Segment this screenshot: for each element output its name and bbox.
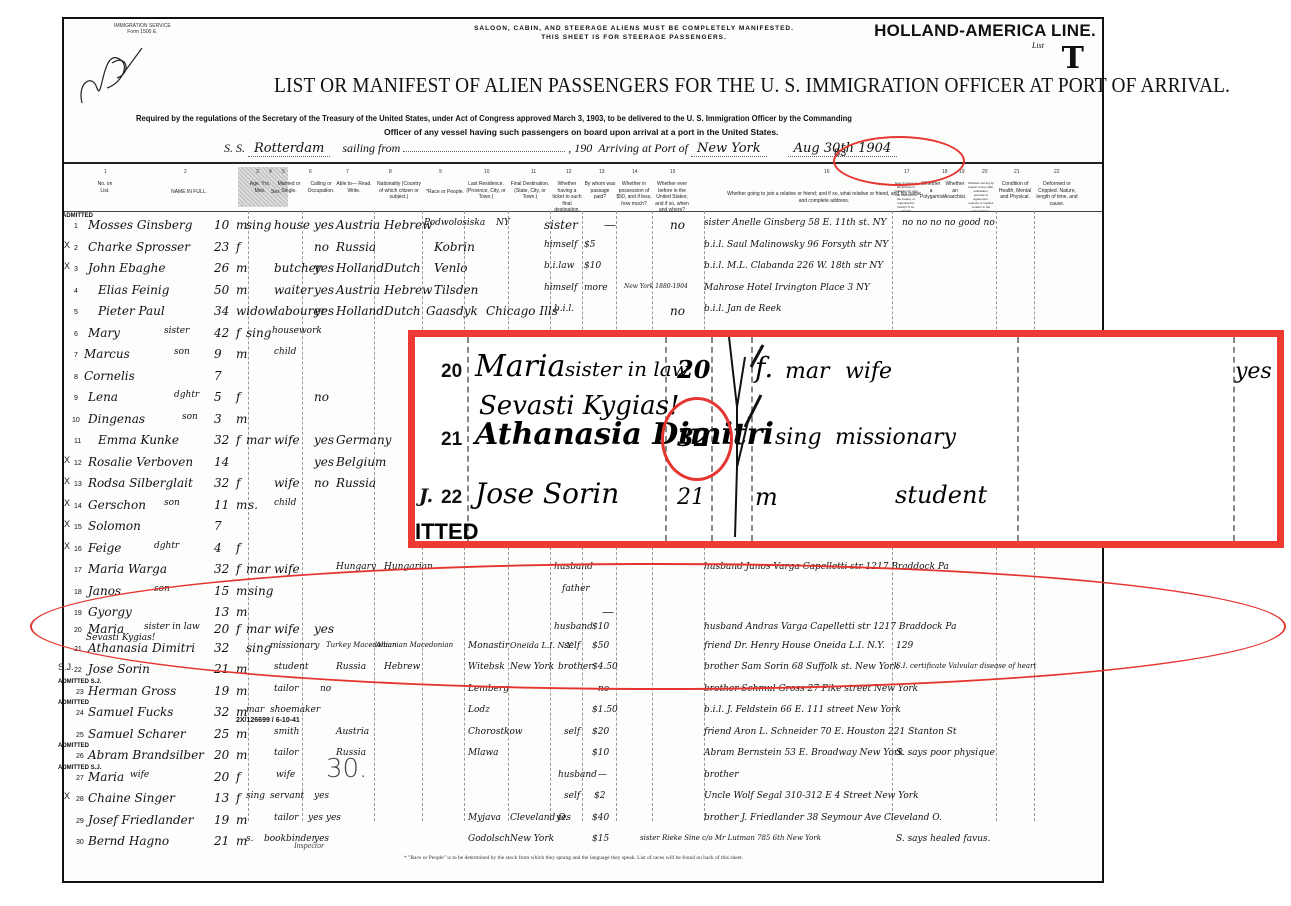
age: 13: [214, 791, 229, 805]
col-num: 6: [309, 169, 312, 175]
relative-address: b.i.l. Jan de Reek: [704, 304, 781, 314]
read-write: yes: [314, 791, 329, 801]
occupation: house: [274, 218, 310, 232]
inset-name: Jose Sorin: [475, 477, 619, 510]
col-header-before-in-us: Whether ever before in the United States…: [652, 181, 692, 214]
last-residence: Venlo: [434, 261, 467, 275]
occupation: tailor: [274, 748, 298, 758]
passenger-name: Feige: [88, 541, 121, 555]
age: 19: [214, 813, 229, 827]
last-residence: Podwolosiska: [424, 218, 485, 228]
passenger-name: Samuel Fucks: [88, 705, 173, 719]
passenger-name: Rosalie Verboven: [88, 455, 193, 469]
passenger-name: Bernd Hagno: [88, 834, 169, 848]
nationality: Holland: [336, 261, 384, 275]
sex: f: [236, 791, 240, 805]
age: 23: [214, 240, 229, 254]
status-mark: S.J.: [58, 662, 74, 672]
row-number: 23: [76, 689, 84, 696]
sex: f: [236, 326, 240, 340]
inset-read-write: yes: [1235, 359, 1272, 384]
age: 20: [214, 770, 229, 784]
sex: m: [236, 498, 247, 512]
col-header-no: No. on List.: [94, 181, 116, 194]
col-header-nationality: Nationality (Country of which citizen or…: [376, 181, 422, 201]
passenger-name: Rodsa Silberglait: [88, 476, 193, 490]
read-write: no: [314, 240, 329, 254]
x-mark: X: [64, 261, 70, 271]
table-row: ADMITTED 24 Samuel Fucks 32 m mar shoema…: [64, 703, 1102, 725]
col-header-ticket: Whether having a ticket to such final de…: [552, 181, 582, 214]
passenger-name: Mary: [88, 326, 120, 340]
nationality: Russia: [336, 240, 376, 254]
age: 26: [214, 261, 229, 275]
passenger-name: Maria: [88, 770, 124, 784]
sex: m: [236, 347, 247, 361]
marital-status: s.: [248, 498, 258, 512]
col-num: 5: [282, 169, 285, 175]
age: 19: [214, 684, 229, 698]
row-number: 6: [74, 331, 78, 338]
last-residence: Kobrin: [434, 240, 475, 254]
handwritten-initials-mark: [72, 43, 152, 113]
passenger-name: Dingenas: [88, 412, 145, 426]
sex: m: [236, 684, 247, 698]
row-number: 8: [74, 374, 78, 381]
x-mark: X: [64, 240, 70, 250]
passenger-name: Abram Brandsilber: [88, 748, 204, 762]
row-number: 14: [74, 503, 82, 510]
inset-row-number: 20: [441, 361, 462, 383]
nationality: Austria: [336, 283, 380, 297]
final-destination: Chicago Ills: [486, 304, 558, 318]
col-header-race: *Race or People.: [424, 189, 466, 196]
row-number: 29: [76, 818, 84, 825]
row-number: 4: [74, 288, 78, 295]
money: $15: [592, 834, 609, 844]
money: $10: [584, 261, 601, 271]
table-row: ADMITTED 26 Abram Brandsilber 20 m tailo…: [64, 746, 1102, 768]
x-mark: X: [64, 791, 70, 801]
occupation: child: [274, 347, 296, 357]
inset-column-rule: [1017, 337, 1019, 541]
top-notice: SALOON, CABIN, AND STEERAGE ALIENS MUST …: [434, 24, 834, 42]
inset-marital-status: mar: [785, 359, 830, 384]
col-header-occupation: Calling or Occupation.: [304, 181, 338, 194]
col-num: 4: [269, 169, 272, 175]
age: 11: [214, 498, 229, 512]
age: 32: [214, 433, 229, 447]
inset-row-number: 21: [441, 429, 462, 451]
sex: m: [236, 813, 247, 827]
read-write: yes: [314, 433, 334, 447]
marital-status: mar: [246, 433, 270, 447]
inset-occupation: missionary: [835, 425, 956, 450]
row-number: 30: [76, 839, 84, 846]
marital-status: widow: [236, 304, 275, 318]
col-num: 15: [670, 169, 676, 175]
col-num: 12: [566, 169, 572, 175]
arriving-label: Arriving at Port of: [598, 141, 688, 155]
relation: sister: [164, 326, 189, 336]
relation: dghtr: [174, 390, 199, 400]
nationality: Germany: [336, 433, 391, 447]
row-number: 12: [74, 460, 82, 467]
occupation: wife: [274, 476, 300, 490]
relation: son: [174, 347, 190, 357]
sex: f: [236, 562, 240, 576]
table-row: X 3 John Ebaghe 26 m butcher yes Holland…: [64, 259, 1102, 281]
marital-status: mar: [246, 705, 264, 715]
col-num: 8: [389, 169, 392, 175]
passenger-name: Josef Friedlander: [88, 813, 193, 827]
rows-highlight-ellipse: [30, 563, 1286, 690]
passage-paid-by: himself: [544, 283, 577, 293]
page-title: LIST OR MANIFEST OF ALIEN PASSENGERS FOR…: [274, 73, 1230, 98]
passenger-name: Chaine Singer: [88, 791, 175, 805]
inset-row-mark: J.: [419, 485, 433, 507]
relative-address: brother J. Friedlander 38 Seymour Ave Cl…: [704, 813, 942, 823]
passenger-name: Samuel Scharer: [88, 727, 186, 741]
money: $40: [592, 813, 609, 823]
nationality: Austria: [336, 218, 380, 232]
ship-name: Rotterdam: [248, 141, 330, 157]
nationality: Belgium: [336, 455, 386, 469]
zoom-inset: 20 Maria sister in law 20 f. mar wife ye…: [408, 330, 1284, 548]
occupation: shoemaker: [270, 705, 320, 715]
notice-line: SALOON, CABIN, AND STEERAGE ALIENS MUST …: [434, 24, 834, 33]
final-destination: New York: [510, 834, 554, 844]
sailing-from-label: sailing from: [342, 141, 400, 155]
row-number: 25: [76, 732, 84, 739]
table-row: X 2 Charke Sprosser 23 f no Russia Kobri…: [64, 238, 1102, 260]
sex: f: [236, 476, 240, 490]
status-stamp: ADMITTED: [58, 743, 89, 749]
regulation-text: Required by the regulations of the Secre…: [136, 113, 852, 123]
table-row: X 28 Chaine Singer 13 f sing servant yes…: [64, 789, 1102, 811]
sex: f: [236, 433, 240, 447]
read-write: no: [314, 476, 329, 490]
row-number: 26: [76, 753, 84, 760]
sailing-from-value: [403, 151, 565, 152]
col-header-married: Married or Single.: [276, 181, 302, 194]
form-id: IMMIGRATION SERVICE Form 1500 E.: [114, 23, 171, 35]
row-number: 15: [74, 524, 82, 531]
previous-visit: New York 1880-1904: [624, 283, 688, 290]
row-number: 17: [74, 567, 82, 574]
age: 7: [214, 369, 222, 383]
age: 4: [214, 541, 222, 555]
table-row: 4 Elias Feinig 50 m waiter yes Austria H…: [64, 281, 1102, 303]
last-residence: Gaasdyk: [426, 304, 478, 318]
age: 25: [214, 727, 229, 741]
col-num: 11: [531, 169, 536, 175]
age: 34: [214, 304, 229, 318]
passenger-name: Gerschon: [88, 498, 146, 512]
passage-paid-by: husband: [558, 770, 597, 780]
read-write: no: [314, 390, 329, 404]
money: more: [584, 283, 608, 293]
passenger-name: Marcus: [84, 347, 130, 361]
final-destination: NY: [496, 218, 510, 228]
col-num: 20: [982, 169, 988, 175]
occupation: servant: [270, 791, 304, 801]
passage-paid-by: sister: [544, 218, 578, 232]
row-number: 1: [74, 223, 78, 230]
hand-annotation-number: 30.: [326, 754, 367, 784]
occupation: smith: [274, 727, 299, 737]
row-number: 7: [74, 352, 78, 359]
table-row: 30 Bernd Hagno 21 m s. bookbinder yes Go…: [64, 832, 1102, 854]
row-number: 24: [76, 710, 84, 717]
col-header-labor-contract: Whether coming by reason of any offer, s…: [968, 181, 994, 213]
col-header-passage-paid: By whom was passage paid?: [584, 181, 616, 201]
money: —: [604, 218, 616, 232]
sex: f: [236, 541, 240, 555]
passenger-name: Solomon: [88, 519, 141, 533]
passage-paid-by: self: [564, 791, 580, 801]
row-number: 2: [74, 245, 78, 252]
remarks: S. says poor physique: [896, 748, 995, 758]
col-num: 1: [104, 169, 107, 175]
col-header-last-residence: Last Residence. (Province, City, or Town…: [466, 181, 506, 201]
nationality: Russia: [336, 476, 376, 490]
passenger-name: Elias Feinig: [98, 283, 169, 297]
col-num: 16: [824, 169, 830, 175]
x-mark: X: [64, 476, 70, 486]
relative-address: friend Aron L. Schneider 70 E. Houston 2…: [704, 727, 957, 737]
col-num: 10: [484, 169, 490, 175]
passenger-name: Herman Gross: [88, 684, 176, 698]
nationality: Austria: [336, 727, 369, 737]
row-number: 10: [72, 417, 80, 424]
occupation: wife: [274, 433, 300, 447]
occupation: tailor: [274, 684, 298, 694]
table-row: 29 Josef Friedlander 19 m tailor yes yes…: [64, 811, 1102, 833]
read-write: yes: [314, 455, 334, 469]
money: $2: [594, 791, 605, 801]
table-row: 5 Pieter Paul 34 widow labourer yes Holl…: [64, 302, 1102, 324]
last-residence: Lodz: [468, 705, 490, 715]
previous-visit: no: [670, 304, 685, 318]
passenger-name: Emma Kunke: [98, 433, 179, 447]
passage-paid-by: b.i.law: [544, 261, 574, 271]
table-row: ADMITTED S.J. 27 Maria wife 20 f wife hu…: [64, 768, 1102, 790]
row-number: 22: [74, 667, 82, 674]
money: —: [598, 770, 607, 780]
col-header-health: Condition of Health, Mental and Physical…: [996, 181, 1034, 201]
marital-status: sing: [246, 218, 271, 232]
race: Dutch: [384, 304, 421, 318]
x-mark: X: [64, 541, 70, 551]
row-number: 11: [74, 438, 81, 445]
row-number: 3: [74, 266, 78, 273]
last-residence: Mlawa: [468, 748, 499, 758]
occupation: child: [274, 498, 296, 508]
last-residence: Chorostkow: [468, 727, 523, 737]
inset-occupation: wife: [845, 359, 892, 384]
read-write: no: [320, 684, 331, 694]
age: 5: [214, 390, 222, 404]
relative-address: Uncle Wolf Segal 310-312 E 4 Street New …: [704, 791, 919, 801]
age: 21: [214, 834, 229, 848]
inset-occupation: student: [895, 481, 987, 509]
sex: m: [236, 412, 247, 426]
col-num: 13: [599, 169, 605, 175]
relation: dghtr: [154, 541, 179, 551]
col-num: 7: [346, 169, 349, 175]
passenger-name: John Ebaghe: [88, 261, 165, 275]
x-mark: X: [64, 455, 70, 465]
sex: f: [236, 390, 240, 404]
col-num: 9: [439, 169, 442, 175]
passenger-name: Mosses Ginsberg: [88, 218, 192, 232]
table-row: 2X/126699 / 6-10-41 25 Samuel Scharer 25…: [64, 725, 1102, 747]
inset-admitted-stamp-partial: ITTED: [415, 519, 479, 545]
last-residence: Godolsch: [468, 834, 510, 844]
age: 50: [214, 283, 229, 297]
age: 20: [214, 748, 229, 762]
port-name: New York: [691, 141, 767, 157]
age: 32: [214, 476, 229, 490]
col-num: 22: [1054, 169, 1060, 175]
age: 7: [214, 519, 222, 533]
x-mark: X: [64, 519, 70, 529]
ship-prefix: S. S.: [224, 141, 245, 155]
row-number: 18: [74, 589, 82, 596]
row-number: 9: [74, 395, 78, 402]
status-stamp: ADMITTED: [58, 700, 89, 706]
row-number: 13: [74, 481, 82, 488]
sex: m: [236, 727, 247, 741]
col-num: 21: [1014, 169, 1020, 175]
passenger-name: Pieter Paul: [98, 304, 165, 318]
marital-status: mar: [246, 562, 270, 576]
relative-address: brother: [704, 770, 739, 780]
notice-line: THIS SHEET IS FOR STEERAGE PASSENGERS.: [434, 33, 834, 42]
race: Hebrew: [384, 283, 432, 297]
relative-address: b.i.l. Saul Malinowsky 96 Forsyth str NY: [704, 240, 888, 250]
passage-paid-by: b.i.l.: [554, 304, 574, 314]
sex: m: [236, 748, 247, 762]
inspector-signature: Inspector: [294, 841, 324, 850]
occupation: housework: [272, 326, 322, 336]
list-label: List: [1032, 41, 1044, 50]
marital-status: sing: [246, 791, 265, 801]
x-mark: X: [64, 498, 70, 508]
sex: m: [236, 283, 247, 297]
inset-relation: sister in law: [565, 357, 689, 381]
age: 3: [214, 412, 222, 426]
sex: m: [236, 261, 247, 275]
col-header-money: Whether in possession of $50, and if les…: [616, 181, 652, 207]
age: 32: [214, 562, 229, 576]
col-header-age: Age. Yrs. Mos.: [249, 181, 271, 194]
inset-checkmark-strokes: [715, 337, 765, 548]
occupation: waiter: [274, 283, 313, 297]
relation: wife: [130, 770, 149, 780]
inset-marital-status: sing: [775, 425, 822, 450]
passage-paid-by: self: [564, 727, 580, 737]
relative-address: Abram Bernstein 53 E. Broadway New York: [704, 748, 904, 758]
col-header-name: NAME IN FULL.: [134, 189, 244, 196]
last-residence: Myjava: [468, 813, 501, 823]
passenger-name: Maria Warga: [88, 562, 167, 576]
list-letter: T: [1062, 41, 1084, 76]
remarks: S. says healed favus.: [896, 834, 991, 844]
age: 32: [214, 705, 229, 719]
inset-age: 21: [677, 485, 705, 510]
age: 10: [214, 218, 229, 232]
race: Dutch: [384, 261, 421, 275]
inset-name: Maria: [475, 349, 565, 384]
passenger-name: Lena: [88, 390, 118, 404]
read-write: yes: [314, 218, 334, 232]
inset-row-number: 22: [441, 487, 462, 509]
voyage-line: S. S. Rotterdam sailing from , 190 Arriv…: [224, 141, 897, 156]
header-bottom-rule: [64, 211, 1102, 212]
row-number: 27: [76, 775, 84, 782]
col-num: 3: [256, 169, 259, 175]
relative-address: b.i.l. J. Feldstein 66 E. 111 street New…: [704, 705, 901, 715]
nationality: Holland: [336, 304, 384, 318]
marital-status: sing: [246, 326, 271, 340]
inset-column-rule: [467, 337, 469, 541]
year-prefix: , 190: [568, 141, 592, 155]
footnote: * "Race or People" is to be determined b…: [404, 855, 743, 861]
age: 42: [214, 326, 229, 340]
money: $1.50: [592, 705, 618, 715]
read-write: yes: [314, 283, 334, 297]
hand-annotation: 2X/126699 / 6-10-41: [236, 717, 300, 724]
company-name: HOLLAND-AMERICA LINE.: [874, 21, 1096, 41]
col-num: 14: [632, 169, 638, 175]
relative-address: b.i.l. M.L. Clabanda 226 W. 18th str NY: [704, 261, 883, 271]
money: $20: [592, 727, 609, 737]
passenger-name: Cornelis: [84, 369, 135, 383]
read-write: yes: [314, 304, 334, 318]
relative-address: Mahrose Hotel Irvington Place 3 NY: [704, 283, 870, 293]
passenger-name: Jose Sorin: [88, 662, 150, 676]
read-write: yes: [314, 261, 334, 275]
age: 9: [214, 347, 222, 361]
relation: son: [182, 412, 198, 422]
row-number: 28: [76, 796, 84, 803]
previous-visit: no: [670, 218, 685, 232]
marital-status: s.: [246, 834, 253, 844]
sex: f: [236, 240, 240, 254]
relation: son: [164, 498, 180, 508]
read-write: yes yes: [308, 813, 341, 823]
remarks: no no no no good no: [902, 218, 995, 228]
table-row: ADMITTED 1 Mosses Ginsberg 10 m sing hou…: [64, 216, 1102, 238]
money: $5: [584, 240, 595, 250]
occupation: tailor: [274, 813, 298, 823]
last-residence: Tilsden: [434, 283, 478, 297]
form-id-line: Form 1500 E.: [114, 29, 171, 35]
col-header-deformed: Deformed or Crippled. Nature, length of …: [1036, 181, 1078, 207]
ticket-status: yes: [556, 813, 571, 823]
sex: f: [236, 770, 240, 784]
col-header-read-write: Able to— Read. Write.: [336, 181, 372, 194]
money: $10: [592, 748, 609, 758]
relative-address: sister Rieke Sine c/o Mr Lutman 785 6th …: [640, 834, 821, 842]
row-number: 16: [74, 546, 82, 553]
col-header-anarchist: Whether an Anarchist.: [944, 181, 966, 201]
passenger-name: Charke Sprosser: [88, 240, 190, 254]
occupation: wife: [276, 770, 295, 780]
col-header-final-destination: Final Destination. (State, City, or Town…: [510, 181, 550, 201]
